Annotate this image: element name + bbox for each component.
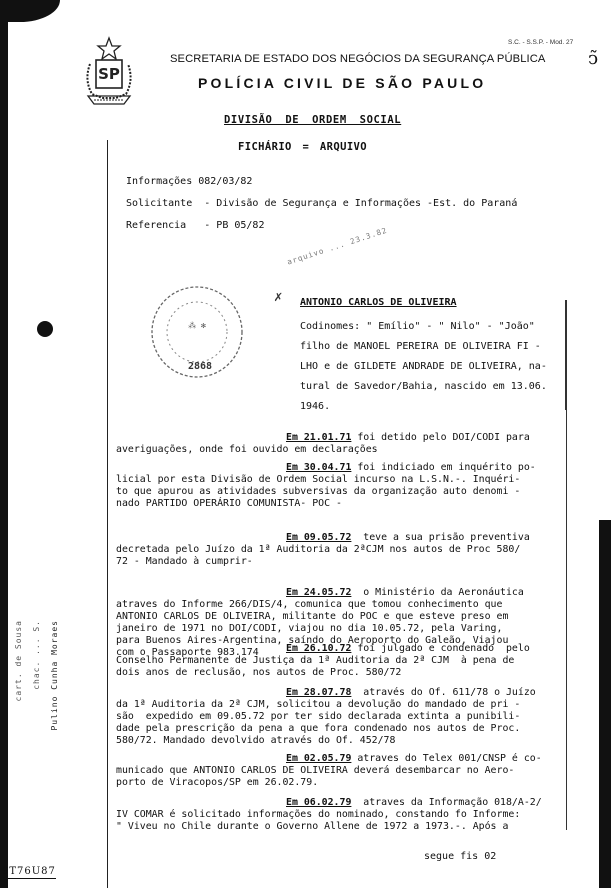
handwritten-corner-mark: ↄ̃ — [588, 48, 598, 69]
chronology-entry: Em 21.01.71 foi detido pelo DOI/CODI par… — [116, 432, 564, 456]
entry-text: foi julgado e condenado pelo — [351, 643, 529, 654]
entry-line: licial por esta Divisão de Ordem Social … — [116, 474, 564, 486]
entry-date: Em 30.04.71 — [286, 462, 351, 473]
handwritten-annotation: arquivo ... 23.3.82 — [286, 226, 388, 267]
entry-line: averiguações, onde foi ouvido em declara… — [116, 444, 564, 456]
informacoes-line: Informações 082/03/82 — [126, 176, 252, 187]
entry-date: Em 21.01.71 — [286, 432, 351, 443]
punch-hole — [37, 321, 53, 337]
entry-first-line: Em 21.01.71 foi detido pelo DOI/CODI par… — [116, 432, 564, 444]
entry-line: janeiro de 1971 no DOI/CODI, viajou no d… — [116, 623, 564, 635]
entry-text: teve a sua prisão preventiva — [351, 532, 529, 543]
entry-first-line: Em 26.10.72 foi julgado e condenado pelo — [116, 643, 564, 655]
right-margin-rule — [566, 410, 567, 830]
right-margin-mark — [565, 300, 567, 410]
entry-line: atraves do Informe 266/DIS/4, comunica q… — [116, 599, 564, 611]
entry-line: são expedido em 09.05.72 por ter sido de… — [116, 711, 564, 723]
entry-first-line: Em 06.02.79 atraves da Informação 018/A-… — [116, 797, 564, 809]
chronology-entry: Em 30.04.71 foi indiciado em inquérito p… — [116, 462, 564, 510]
entry-line: Conselho Permanente de Justiça da 1ª Aud… — [116, 655, 564, 667]
svg-text:⁂ ✻: ⁂ ✻ — [188, 321, 206, 330]
entry-first-line: Em 28.07.78 através do Of. 611/78 o Juíz… — [116, 687, 564, 699]
scan-edge-left — [0, 0, 8, 888]
entry-date: Em 02.05.79 — [286, 753, 351, 764]
entry-text: atraves do Telex 001/CNSP é co- — [351, 753, 541, 764]
svg-text:2868: 2868 — [188, 361, 212, 372]
subject-name: ANTONIO CARLOS DE OLIVEIRA — [300, 297, 457, 308]
scan-edge-right — [599, 520, 611, 888]
chronology-entry: Em 28.07.78 através do Of. 611/78 o Juíz… — [116, 687, 564, 747]
police-heading: POLÍCIA CIVIL DE SÃO PAULO — [198, 75, 486, 91]
entry-text: atraves da Informação 018/A-2/ — [351, 797, 541, 808]
check-mark-icon: ✗ — [274, 289, 282, 305]
entry-date: Em 09.05.72 — [286, 532, 351, 543]
form-code: S.C. - S.S.P. - Mod. 27 — [508, 39, 573, 46]
entry-line: ANTONIO CARLOS DE OLIVEIRA, militante do… — [116, 611, 564, 623]
entry-text: através do Of. 611/78 o Juízo — [351, 687, 535, 698]
entry-line: da 1ª Auditoria da 2ª CJM, solicitou a d… — [116, 699, 564, 711]
side-note: cart. de Sousa — [14, 620, 23, 701]
entry-first-line: Em 24.05.72 o Ministério da Aeronáutica — [116, 587, 564, 599]
entry-text: o Ministério da Aeronáutica — [351, 587, 523, 598]
state-crest-icon: SP — [80, 36, 138, 108]
entry-date: Em 24.05.72 — [286, 587, 351, 598]
subject-bio-line: filho de MANOEL PEREIRA DE OLIVEIRA FI - — [300, 341, 541, 352]
entry-date: Em 28.07.78 — [286, 687, 351, 698]
entry-first-line: Em 02.05.79 atraves do Telex 001/CNSP é … — [116, 753, 564, 765]
continuation-note: segue fis 02 — [424, 851, 496, 862]
entry-line: to que apurou as atividades subversivas … — [116, 486, 564, 498]
subject-bio-line: Codinomes: " Emílio" - " Nilo" - "João" — [300, 321, 535, 332]
chronology-entry: Em 02.05.79 atraves do Telex 001/CNSP é … — [116, 753, 564, 789]
entry-date: Em 06.02.79 — [286, 797, 351, 808]
entry-line: municado que ANTONIO CARLOS DE OLIVEIRA … — [116, 765, 564, 777]
subject-bio-line: LHO e de GILDETE ANDRADE DE OLIVEIRA, na… — [300, 361, 547, 372]
chronology-entry: Em 09.05.72 teve a sua prisão preventiva… — [116, 532, 564, 568]
secretariat-heading: SECRETARIA DE ESTADO DOS NEGÓCIOS DA SEG… — [170, 53, 546, 65]
entry-line: dade pela prescrição da pena a que fora … — [116, 723, 564, 735]
scan-edge-corner — [0, 0, 60, 22]
entry-line: porto de Viracopos/SP em 26.02.79. — [116, 777, 564, 789]
margin-rule — [107, 140, 108, 888]
subject-bio-line: 1946. — [300, 401, 330, 412]
entry-text: foi indiciado em inquérito po- — [351, 462, 535, 473]
referencia-line: Referencia - PB 05/82 — [126, 220, 264, 231]
entry-line: 72 - Mandado à cumprir- — [116, 556, 564, 568]
chronology-entry: Em 26.10.72 foi julgado e condenado pelo… — [116, 643, 564, 679]
entry-first-line: Em 09.05.72 teve a sua prisão preventiva — [116, 532, 564, 544]
entry-first-line: Em 30.04.71 foi indiciado em inquérito p… — [116, 462, 564, 474]
entry-line: decretada pelo Juízo da 1ª Auditoria da … — [116, 544, 564, 556]
svg-text:SP: SP — [98, 65, 120, 83]
archive-number: 9T76U87 — [2, 866, 56, 879]
subject-bio-line: tural de Savedor/Bahia, nascido em 13.06… — [300, 381, 547, 392]
side-margin-notes: cart. de Sousa chac. ... S. Pulino Cunha… — [10, 620, 70, 820]
official-seal-stamp: ⁂ ✻ 2868 — [148, 283, 246, 381]
division-title: DIVISÃO DE ORDEM SOCIAL — [224, 114, 401, 126]
chronology-entry: Em 06.02.79 atraves da Informação 018/A-… — [116, 797, 564, 833]
solicitante-line: Solicitante - Divisão de Segurança e Inf… — [126, 198, 517, 209]
entry-line: IV COMAR é solicitado informações do nom… — [116, 809, 564, 821]
entry-line: 580/72. Mandado devolvido através do Of.… — [116, 735, 564, 747]
entry-text: foi detido pelo DOI/CODI para — [351, 432, 529, 443]
entry-line: dois anos de reclusão, nos autos de Proc… — [116, 667, 564, 679]
side-note: chac. ... S. — [32, 620, 41, 690]
side-note: Pulino Cunha Moraes — [50, 620, 59, 731]
entry-date: Em 26.10.72 — [286, 643, 351, 654]
entry-line: nado PARTIDO OPERÁRIO COMUNISTA- POC - — [116, 498, 564, 510]
entry-line: " Viveu no Chile durante o Governo Allen… — [116, 821, 564, 833]
ficheiro-label: FICHÁRIO = ARQUIVO — [238, 141, 367, 153]
